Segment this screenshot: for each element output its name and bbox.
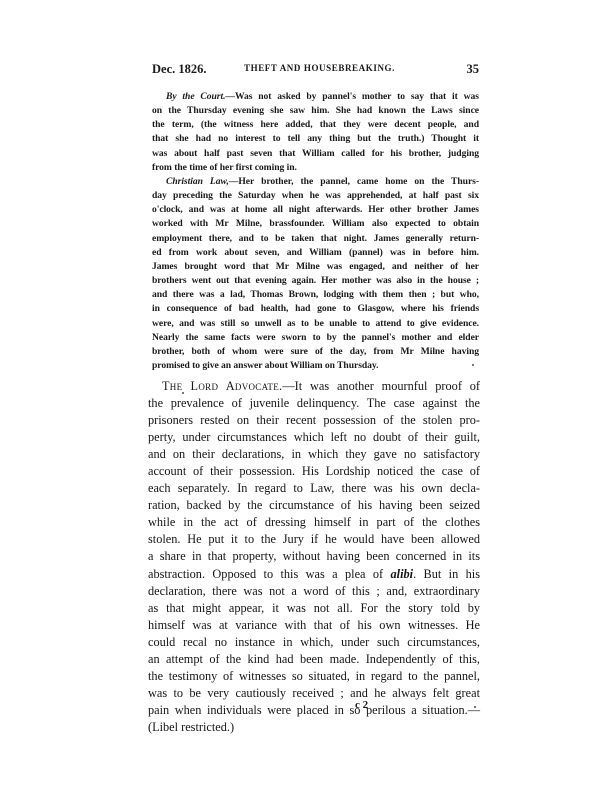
text-line: declaration, there was not a word of thi… (148, 583, 480, 600)
text-line: while in the act of dressing himself in … (148, 514, 480, 531)
running-head: Dec. 1826. THEFT AND HOUSEBREAKING. 35 (152, 62, 479, 78)
text-line: (Libel restricted.) (148, 719, 480, 736)
text-line: was about half past seven that William c… (152, 147, 479, 161)
scan-speck (472, 364, 474, 366)
text-line: o'clock, and was at home all night after… (152, 203, 479, 217)
text-line: each separately. In regard to Law, there… (148, 480, 480, 497)
text-line: on the Thursday evening she saw him. She… (152, 104, 479, 118)
text-line: brother, both of whom were sure of the d… (152, 345, 479, 359)
header-title: THEFT AND HOUSEBREAKING. (244, 63, 395, 73)
text-line: the term, (the witness here added, that … (152, 118, 479, 132)
text-line: an attempt of the kind had been made. In… (148, 651, 480, 668)
text-line: James brought word that Mr Milne was eng… (152, 260, 479, 274)
text-line: stolen. He put it to the Jury if he woul… (148, 531, 480, 548)
speaker-lead: Christian Law, (166, 176, 229, 187)
text-line: as that might appear, it was not all. Fo… (148, 600, 480, 617)
book-page: Dec. 1826. THEFT AND HOUSEBREAKING. 35 B… (0, 0, 612, 792)
page-number: 35 (467, 62, 480, 77)
speaker-lead: The Lord Advocate. (162, 379, 282, 393)
text-line: abstraction. Opposed to this was a plea … (148, 566, 480, 583)
text-line: promised to give an answer about William… (152, 359, 479, 373)
lord-advocate-address: The Lord Advocate.—It was another mournf… (148, 378, 480, 736)
text-line: ration, backed by the circumstance of hi… (148, 497, 480, 514)
text-line: brothers went out that evening again. He… (152, 274, 479, 288)
text-line: and on their declarations, in which they… (148, 446, 480, 463)
text-line: could recal no instance in which, under … (148, 634, 480, 651)
text-line: and there was a lad, Thomas Brown, lodgi… (152, 288, 479, 302)
text-line: Christian Law,—Her brother, the pannel, … (152, 175, 479, 189)
printer-signature-mark: c 2 (355, 699, 368, 711)
scan-speck (474, 706, 476, 708)
text-line: worked with Mr Milne, brassfounder. Will… (152, 217, 479, 231)
testimony-by-the-court: By the Court.—Was not asked by pannel's … (152, 90, 479, 175)
speaker-lead: By the Court. (166, 91, 225, 102)
text-line: was to be very cautiously received ; and… (148, 685, 480, 702)
text-line: By the Court.—Was not asked by pannel's … (152, 90, 479, 104)
header-date: Dec. 1826. (152, 62, 207, 77)
text-line: perty, under circumstances which left no… (148, 429, 480, 446)
text-line: prisoners rested on their recent possess… (148, 412, 480, 429)
text-line: Nearly the same facts were sworn to by t… (152, 331, 479, 345)
text-line: himself was at variance with that of his… (148, 617, 480, 634)
text-line: employment there, and to be taken that n… (152, 232, 479, 246)
text-line: ed from work about seven, and William (p… (152, 246, 479, 260)
text-line: were, and was still so unwell as to be u… (152, 317, 479, 331)
text-line: The Lord Advocate.—It was another mournf… (148, 378, 480, 395)
text-line: the testimony of witnesses so situated, … (148, 668, 480, 685)
text-line: account of their possession. His Lordshi… (148, 463, 480, 480)
text-line: the prevalence of juvenile delinquency. … (148, 395, 480, 412)
text-line: in consequence of bad health, had gone t… (152, 302, 479, 316)
scan-speck (182, 392, 184, 394)
text-line: day preceding the Saturday when he was a… (152, 189, 479, 203)
text-line: pain when individuals were placed in so … (148, 702, 480, 719)
text-line: from the time of her first coming in. (152, 161, 479, 175)
testimony-christian-law: Christian Law,—Her brother, the pannel, … (152, 175, 479, 373)
text-line: that she had no interest to tell any thi… (152, 132, 479, 146)
alibi-italic-word: alibi (391, 567, 414, 581)
text-line: a share in that property, without having… (148, 548, 480, 565)
